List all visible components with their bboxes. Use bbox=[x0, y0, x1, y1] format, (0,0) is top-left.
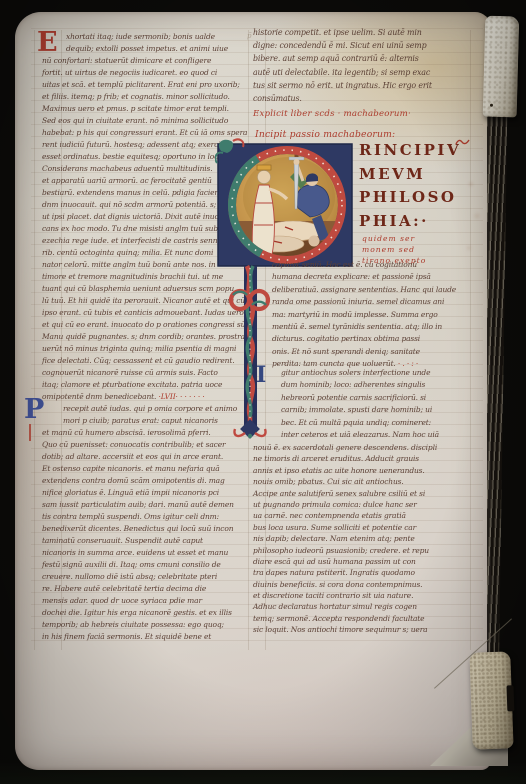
text-line: dum hominib; loco: adherentes singulis bbox=[268, 379, 473, 391]
text-line: re. Habere autē celebritatē tertia decim… bbox=[42, 583, 251, 595]
text-line: carnib; immolate. spusti dare hominib; u… bbox=[268, 404, 473, 416]
text-line: consūmatus. bbox=[253, 92, 473, 105]
text-line: gitur antiochus solers interfectione und… bbox=[268, 367, 473, 379]
text-line: humana decreta explicare: et passionē ip… bbox=[272, 271, 472, 283]
text-line: ne timoris di arceret eruditus. Adducit … bbox=[253, 453, 475, 464]
text-line: festū signū auxilii di. Itaq; oms cmuni … bbox=[42, 559, 251, 571]
text-line: fortit. ut uirtus de negociis iudicaret.… bbox=[42, 67, 251, 79]
text-line: tra dapes natura pstiterit. Ingratis quo… bbox=[253, 567, 475, 578]
text-line: autē uti delectabile. ita legentib; si s… bbox=[253, 66, 473, 79]
martyr-head bbox=[309, 236, 320, 247]
text-line: inter ceteros et uiā eleazarus. Nam hoc … bbox=[268, 429, 473, 441]
text-line: diuinis beneficiis. si cora dona contemp… bbox=[253, 579, 475, 590]
show-through-stains bbox=[463, 172, 489, 267]
text-line: Accipe ante salutiferū senex salubre csi… bbox=[253, 488, 475, 499]
text-line: ma: martyriū in modū implesse. Summa erg… bbox=[272, 309, 472, 321]
text-column-right-closing: historie competit. et ipse uelim. Si aut… bbox=[253, 26, 473, 105]
text-line: tis contra templū suspendi. Oms igitur c… bbox=[42, 511, 251, 523]
hand-on-grip bbox=[294, 159, 300, 165]
text-line: extendens contra domū scām omipotentis d… bbox=[42, 475, 251, 487]
display-capital-line: PHILOSO bbox=[359, 186, 461, 210]
text-line: Et ostenso capite nicanoris. et manu nef… bbox=[42, 463, 251, 475]
text-beside-initial: capiunt seniū. Hoc est ē. cū cogitationū… bbox=[272, 259, 472, 371]
text-line: nis dapib; delectare. Nam etenim atq; pe… bbox=[253, 533, 475, 544]
text-line: digne: concedendū ē mi. Sicut eni uinū s… bbox=[253, 39, 473, 52]
text-igitur-paragraph: gitur antiochus solers interfectione und… bbox=[268, 367, 473, 441]
text-line: tus sit sermo nō erit. ut ingratus. Hic … bbox=[253, 79, 473, 92]
text-line: mensis adar. quod dr uoce syriaca pdie m… bbox=[42, 595, 251, 607]
text-line: uitas et scā. et templū piclitarent. Era… bbox=[42, 79, 251, 91]
text-line: dotib; ad altare. accersiit et eos qui i… bbox=[42, 451, 251, 463]
text-line: onis. Et nō sunt sperandi deniq; sanitat… bbox=[272, 346, 472, 358]
display-capitals: RINCIPIVMEVMPHILOSOPHIA:· bbox=[359, 139, 461, 233]
tab-hole bbox=[490, 104, 493, 107]
text-line: Adhuc declaratus hortatur simul regis co… bbox=[253, 601, 475, 612]
text-line: et filiis. itemq; p frib; et cognatis. m… bbox=[42, 91, 251, 103]
text-line: nouū ē. ex sacerdotali genere descendens… bbox=[253, 442, 475, 453]
display-capital-line: PHIA:· bbox=[359, 210, 461, 234]
text-line: Maximus uero et pmus. p scitate timor er… bbox=[42, 103, 251, 115]
text-line: creuere. nullomo diē istū absq; celebrit… bbox=[42, 571, 251, 583]
text-line: in his finem faciā sermonis. Et siquidē … bbox=[42, 631, 251, 643]
text-column-right-body: nouū ē. ex sacerdotali genere descendens… bbox=[253, 442, 475, 636]
text-line: philosopho iudeorū psuasionib; credere. … bbox=[253, 545, 475, 556]
initial-p-tail bbox=[29, 424, 31, 441]
text-line: et discretione taciti contrario sit uia … bbox=[253, 590, 475, 601]
chapter-number: ·LVII· · · · · · · bbox=[158, 392, 204, 401]
text-line: nū confortari: statuerūt dimicare et con… bbox=[42, 55, 251, 67]
text-line: nouis omib; pbatus. Cui sic ait antiochu… bbox=[253, 476, 475, 487]
text-line: temq; sermonē. Accepta respondendi facul… bbox=[253, 613, 475, 624]
crown bbox=[257, 165, 271, 170]
ruling-vertical bbox=[34, 30, 35, 650]
display-capital-line: RINCIPIV bbox=[359, 139, 461, 163]
initial-i: I bbox=[256, 364, 266, 386]
text-line: taminatū conseruauit. Suspendit autē cap… bbox=[42, 535, 251, 547]
text-line: temporib; ab hebreis ciuitate possessa: … bbox=[42, 619, 251, 631]
text-line: dequib; extolli posset impetus. et animi… bbox=[42, 43, 251, 55]
rubric-explicit: Explicit liber scds · machabeorum· bbox=[253, 109, 411, 119]
text-line: annis et ipso etatis ac uite honore uene… bbox=[253, 465, 475, 476]
text-line: capiunt seniū. Hoc est ē. cū cogitationū bbox=[272, 259, 472, 271]
text-line: quidem ser bbox=[362, 234, 426, 245]
text-line: monem sed bbox=[362, 245, 426, 256]
text-line: mentiū ē. semel tyrānidis sententia. atq… bbox=[272, 321, 472, 333]
text-line: sic loquit. Nos antiochi timore sequimur… bbox=[253, 624, 475, 635]
text-line: bec. Et cū multā pquia undiq; comineret: bbox=[268, 417, 473, 429]
text-line: xhortati itaq; iude sermonib; bonis uald… bbox=[42, 31, 251, 43]
text-line: hebreorū potentie carnis sacrificiorū. s… bbox=[268, 392, 473, 404]
text-line: deliberatiuā. assignare sententias. Hanc… bbox=[272, 284, 472, 296]
text-line: dochei die. Igitur his erga nicanorē ges… bbox=[42, 607, 251, 619]
bottom-bookmark-tab bbox=[469, 651, 513, 749]
text-line: bibere. aut semp aquā contrariū ē: alter… bbox=[253, 52, 473, 65]
initial-stem bbox=[231, 266, 268, 439]
text-line: dicturus. cogitatio pertinax obtima pass… bbox=[272, 333, 472, 345]
text-line: ua carnē. nec contempnenda etatis gratiā bbox=[253, 510, 475, 521]
text-line: bus loca usura. Sume solliciti et potent… bbox=[253, 522, 475, 533]
text-line: diare escā qui ad usū humana passim ut c… bbox=[253, 556, 475, 567]
photo-frame: p̃ E P xhortati itaq; iude sermonib; bon… bbox=[0, 0, 526, 784]
top-bookmark-tab bbox=[483, 16, 520, 118]
text-line: benedixerūt dicentes. Benedictus qui loc… bbox=[42, 523, 251, 535]
tab-notch bbox=[506, 685, 514, 711]
display-capital-line: MEVM bbox=[359, 163, 461, 187]
text-line: Sed eos qui in ciuitate erant. nō minima… bbox=[42, 115, 251, 127]
text-line: nifice gloriatus ē. Linguā etiā impii ni… bbox=[42, 487, 251, 499]
text-line: historie competit. et ipse uelim. Si aut… bbox=[253, 26, 473, 39]
text-line: sam iussit particulatim auib; dari. manū… bbox=[42, 499, 251, 511]
text-line: ut pugnando primula comica: dulce hanc s… bbox=[253, 499, 475, 510]
text-line: nicanoris in summa arce. euidens ut esse… bbox=[42, 547, 251, 559]
parchment-page: p̃ E P xhortati itaq; iude sermonib; bon… bbox=[15, 12, 491, 770]
text-line: randa ome passionū iniuria. semel dicamu… bbox=[272, 296, 472, 308]
